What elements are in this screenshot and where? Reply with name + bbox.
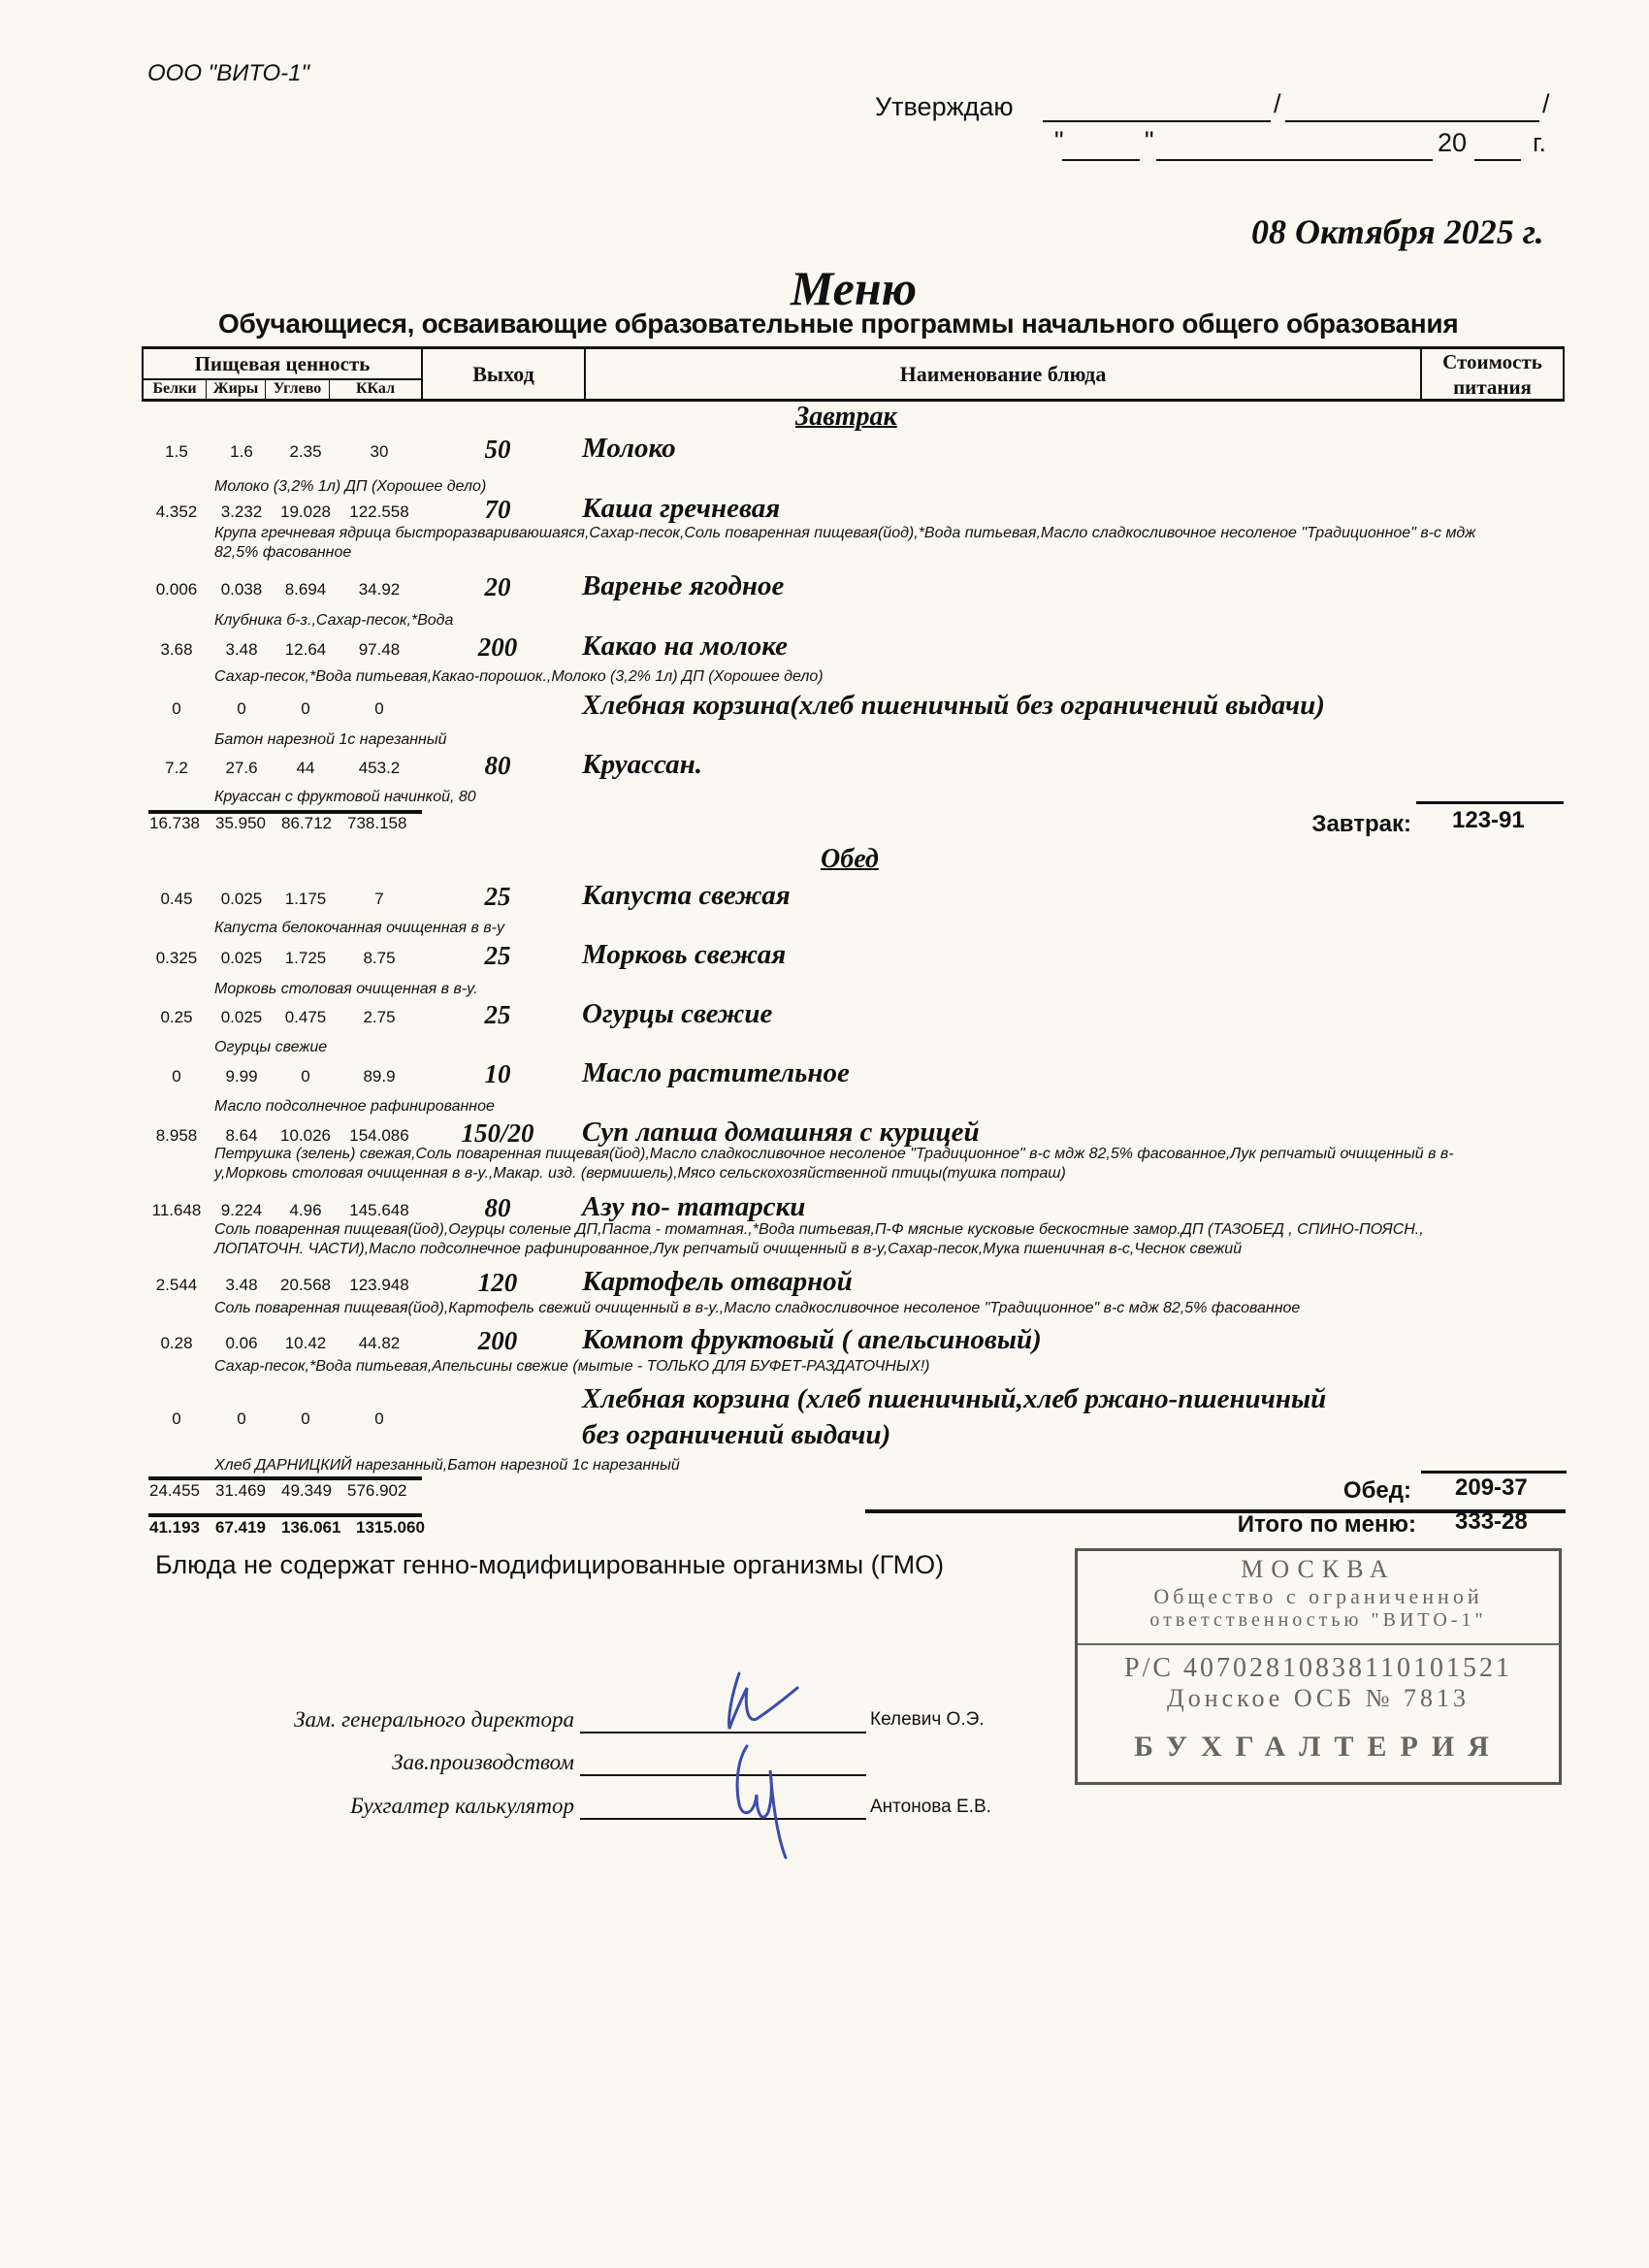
dish-name: Картофель отварной: [582, 1266, 853, 1298]
breakfast-cost-divider: [1416, 801, 1564, 804]
table-header: Пищевая ценность Белки Жиры Углево ККал …: [142, 346, 1565, 402]
stamp-department: БУХГАЛТЕРИЯ: [1078, 1731, 1559, 1764]
dish-name: Каша гречневая: [582, 493, 780, 525]
lunch-fats-total: 31.469: [215, 1481, 266, 1501]
fats-value: 0: [208, 1409, 275, 1429]
output-value: 25: [454, 882, 541, 912]
proteins-value: 0.006: [143, 580, 210, 599]
dish-name-line1: Хлебная корзина (хлеб пшеничный,хлеб ржа…: [582, 1383, 1326, 1415]
dish-name: Какао на молоке: [582, 631, 788, 663]
grand-totals-divider: [148, 1513, 422, 1517]
carbs-value: 8.694: [272, 580, 339, 599]
lunch-totals-divider: [148, 1476, 422, 1480]
proteins-value: 0.45: [143, 890, 210, 909]
breakfast-total-label: Завтрак:: [1164, 811, 1411, 838]
header-carbs: Углево: [266, 379, 330, 399]
output-value: 25: [454, 1000, 541, 1030]
breakfast-carbs-total: 86.712: [281, 814, 332, 833]
output-value: 200: [454, 1326, 541, 1356]
proteins-value: 8.958: [143, 1126, 210, 1146]
kcal-value: 122.558: [345, 502, 413, 522]
carbs-value: 1.175: [272, 890, 339, 909]
fats-value: 9.224: [208, 1201, 275, 1220]
carbs-value: 0: [272, 699, 339, 719]
approve-signature-line: [1043, 120, 1271, 122]
dish-ingredients: Масло подсолнечное рафинированное: [214, 1097, 1514, 1117]
dish-name: Компот фруктовый ( апельсиновый): [582, 1324, 1042, 1356]
approve-slash: /: [1542, 89, 1550, 119]
header-fats: Жиры: [207, 379, 266, 399]
lunch-proteins-total: 24.455: [149, 1481, 200, 1501]
dish-ingredients: Соль поваренная пищевая(йод),Огурцы соле…: [214, 1220, 1514, 1259]
fats-value: 27.6: [208, 759, 275, 778]
stamp-bank: Донское ОСБ № 7813: [1078, 1684, 1559, 1713]
signature-role-deputy-director: Зам. генерального директора: [244, 1707, 574, 1733]
header-nutrition-title: Пищевая ценность: [144, 349, 421, 380]
fats-value: 0: [208, 699, 275, 719]
dish-name: Азу по- татарски: [582, 1191, 805, 1223]
grand-total-label: Итого по меню:: [1086, 1511, 1416, 1539]
signature-name-deputy-director: Келевич О.Э.: [870, 1709, 985, 1731]
gmo-note: Блюда не содержат генно-модифицированные…: [155, 1550, 944, 1580]
carbs-value: 10.026: [272, 1126, 339, 1146]
kcal-value: 89.9: [345, 1067, 413, 1086]
output-value: 25: [454, 941, 541, 971]
proteins-value: 0.28: [143, 1334, 210, 1353]
fats-value: 8.64: [208, 1126, 275, 1146]
company-stamp: МОСКВА Общество с ограниченной ответстве…: [1075, 1548, 1562, 1785]
grand-total-cost: 333-28: [1455, 1508, 1528, 1536]
kcal-value: 145.648: [345, 1201, 413, 1220]
fats-value: 0.025: [208, 949, 275, 968]
date-quote-close: ": [1145, 126, 1154, 156]
carbs-value: 2.35: [272, 442, 339, 462]
proteins-value: 4.352: [143, 502, 210, 522]
dish-ingredients: Огурцы свежие: [214, 1038, 1514, 1057]
fats-value: 0.06: [208, 1334, 275, 1353]
dish-ingredients: Петрушка (зелень) свежая,Соль поваренная…: [214, 1145, 1514, 1183]
grand-kcal-total: 1315.060: [356, 1518, 425, 1538]
dish-name: Масло растительное: [582, 1057, 850, 1089]
fats-value: 0.025: [208, 890, 275, 909]
approve-slash: /: [1274, 89, 1281, 119]
kcal-value: 34.92: [345, 580, 413, 599]
dish-name: Хлебная корзина(хлеб пшеничный без огран…: [582, 690, 1325, 722]
kcal-value: 97.48: [345, 640, 413, 660]
kcal-value: 123.948: [345, 1276, 413, 1295]
menu-date: 08 Октября 2025 г.: [1251, 211, 1544, 252]
carbs-value: 1.725: [272, 949, 339, 968]
dish-name-line2: без ограничений выдачи): [582, 1419, 890, 1451]
date-quote-open: ": [1054, 126, 1064, 156]
kcal-value: 44.82: [345, 1334, 413, 1353]
approve-name-line: [1285, 120, 1539, 122]
kcal-value: 30: [345, 442, 413, 462]
fats-value: 3.48: [208, 1276, 275, 1295]
kcal-value: 2.75: [345, 1008, 413, 1027]
kcal-value: 0: [345, 1409, 413, 1429]
output-value: 70: [454, 495, 541, 525]
fats-value: 3.232: [208, 502, 275, 522]
dish-name: Круассан.: [582, 749, 702, 781]
dish-ingredients: Хлеб ДАРНИЦКИЙ нарезанный,Батон нарезной…: [214, 1456, 1514, 1475]
output-value: 80: [454, 1193, 541, 1223]
signature-role-accountant: Бухгалтер калькулятор: [244, 1794, 574, 1819]
proteins-value: 11.648: [143, 1201, 210, 1220]
fats-value: 0.038: [208, 580, 275, 599]
carbs-value: 0: [272, 1409, 339, 1429]
fats-value: 9.99: [208, 1067, 275, 1086]
kcal-value: 0: [345, 699, 413, 719]
lunch-carbs-total: 49.349: [281, 1481, 332, 1501]
carbs-value: 10.42: [272, 1334, 339, 1353]
carbs-value: 0: [272, 1067, 339, 1086]
proteins-value: 0.325: [143, 949, 210, 968]
proteins-value: 0: [143, 699, 210, 719]
breakfast-total-cost: 123-91: [1452, 807, 1525, 834]
dish-ingredients: Батон нарезной 1с нарезанный: [214, 730, 1514, 750]
kcal-value: 8.75: [345, 949, 413, 968]
lunch-kcal-total: 576.902: [347, 1481, 406, 1501]
header-dish-name: Наименование блюда: [586, 349, 1422, 399]
stamp-account: Р/С 40702810838110101521: [1078, 1643, 1559, 1684]
header-nutrition: Пищевая ценность Белки Жиры Углево ККал: [144, 349, 423, 399]
dish-name: Морковь свежая: [582, 939, 786, 971]
grand-proteins-total: 41.193: [149, 1518, 200, 1538]
proteins-value: 7.2: [143, 759, 210, 778]
lunch-cost-divider: [1421, 1471, 1567, 1474]
carbs-value: 44: [272, 759, 339, 778]
proteins-value: 0: [143, 1067, 210, 1086]
lunch-total-cost: 209-37: [1455, 1474, 1528, 1502]
kcal-value: 7: [345, 890, 413, 909]
header-output: Выход: [423, 349, 586, 399]
stamp-line1: Общество с ограниченной: [1078, 1584, 1559, 1609]
breakfast-proteins-total: 16.738: [149, 814, 200, 833]
output-value: 200: [454, 632, 541, 663]
handwritten-signature-icon: [679, 1649, 873, 1863]
audience-subtitle: Обучающиеся, осваивающие образовательные…: [218, 308, 1458, 340]
dish-name: Молоко: [582, 433, 676, 465]
date-month-line: [1156, 159, 1433, 161]
header-cost: Стоимость питания: [1422, 349, 1563, 399]
section-title-breakfast: Завтрак: [795, 402, 897, 433]
dish-ingredients: Капуста белокочанная очищенная в в-у: [214, 919, 1514, 938]
proteins-value: 0: [143, 1409, 210, 1429]
date-year-suffix: г.: [1533, 128, 1546, 158]
dish-ingredients: Клубника б-з.,Сахар-песок,*Вода: [214, 611, 1514, 631]
proteins-value: 0.25: [143, 1008, 210, 1027]
breakfast-kcal-total: 738.158: [347, 814, 406, 833]
carbs-value: 19.028: [272, 502, 339, 522]
header-cost-line1: Стоимость: [1442, 349, 1542, 374]
dish-name: Варенье ягодное: [582, 570, 784, 602]
dish-name: Капуста свежая: [582, 880, 791, 912]
stamp-line2: ответственностью "ВИТО-1": [1078, 1609, 1559, 1632]
proteins-value: 1.5: [143, 442, 210, 462]
dish-ingredients: Сахар-песок,*Вода питьевая,Какао-порошок…: [214, 667, 1514, 687]
approve-label: Утверждаю: [875, 92, 1014, 122]
grand-carbs-total: 136.061: [281, 1518, 340, 1538]
fats-value: 0.025: [208, 1008, 275, 1027]
output-value: 10: [454, 1059, 541, 1089]
signature-role-production-head: Зав.производством: [244, 1750, 574, 1775]
carbs-value: 20.568: [272, 1276, 339, 1295]
signature-name-accountant: Антонова Е.В.: [870, 1797, 991, 1818]
output-value: 50: [454, 435, 541, 465]
breakfast-fats-total: 35.950: [215, 814, 266, 833]
dish-ingredients: Морковь столовая очищенная в в-у.: [214, 980, 1514, 999]
kcal-value: 154.086: [345, 1126, 413, 1146]
header-kcal: ККал: [330, 379, 421, 399]
header-proteins: Белки: [144, 379, 207, 399]
fats-value: 1.6: [208, 442, 275, 462]
kcal-value: 453.2: [345, 759, 413, 778]
date-year-prefix: 20: [1438, 128, 1467, 158]
lunch-total-label: Обед:: [1164, 1477, 1411, 1505]
carbs-value: 4.96: [272, 1201, 339, 1220]
dish-ingredients: Крупа гречневая ядрица быстроразвариваюш…: [214, 524, 1514, 563]
dish-ingredients: Сахар-песок,*Вода питьевая,Апельсины све…: [214, 1357, 1514, 1377]
proteins-value: 3.68: [143, 640, 210, 660]
output-value: 120: [454, 1268, 541, 1298]
header-cost-line2: питания: [1453, 374, 1532, 400]
grand-fats-total: 67.419: [215, 1518, 266, 1538]
section-title-lunch: Обед: [821, 844, 879, 875]
company-name: ООО "ВИТО-1": [147, 60, 309, 87]
dish-ingredients: Соль поваренная пищевая(йод),Картофель с…: [214, 1299, 1514, 1318]
stamp-city: МОСКВА: [1078, 1555, 1559, 1584]
output-value: 80: [454, 751, 541, 781]
date-year-line: [1474, 159, 1521, 161]
date-day-line: [1062, 159, 1140, 161]
output-value: 20: [454, 572, 541, 602]
dish-ingredients: Молоко (3,2% 1л) ДП (Хорошее дело): [214, 477, 1514, 497]
dish-ingredients: Круассан с фруктовой начинкой, 80: [214, 788, 1514, 807]
proteins-value: 2.544: [143, 1276, 210, 1295]
fats-value: 3.48: [208, 640, 275, 660]
carbs-value: 0.475: [272, 1008, 339, 1027]
dish-name: Огурцы свежие: [582, 998, 772, 1030]
carbs-value: 12.64: [272, 640, 339, 660]
